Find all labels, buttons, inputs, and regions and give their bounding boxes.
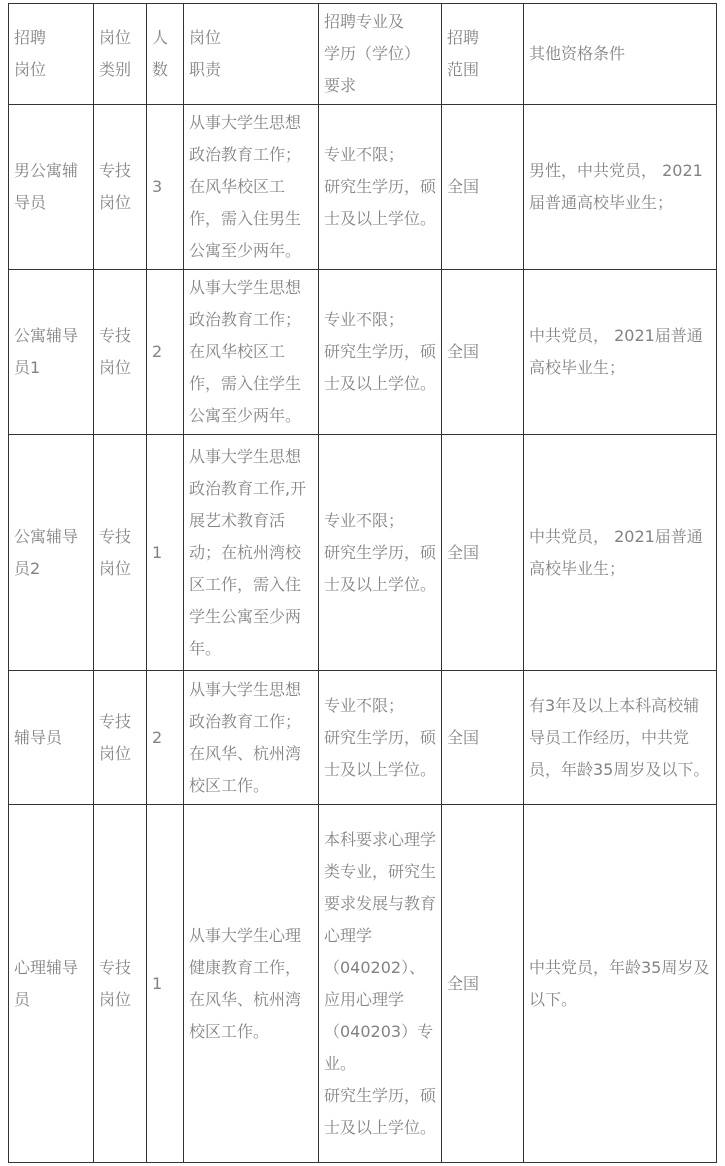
cell-category: 专技岗位	[94, 270, 147, 435]
cell-category: 专技岗位	[94, 805, 147, 1163]
cell-other: 有3年及以上本科高校辅导员工作经历，中共党员，年龄35周岁及以下。	[524, 671, 717, 805]
cell-duty: 从事大学生思想政治教育工作,开展艺术教育活动；在杭州湾校区工作，需入住学生公寓至…	[184, 435, 319, 671]
cell-requirement: 专业不限； 研究生学历，硕士及以上学位。	[319, 270, 442, 435]
cell-scope: 全国	[442, 805, 524, 1163]
cell-other: 中共党员， 2021届普通高校毕业生；	[524, 270, 717, 435]
recruitment-table: 招聘 岗位 岗位 类别 人数 岗位 职责 招聘专业及 学历（学位） 要求 招聘 …	[8, 3, 717, 1163]
cell-scope: 全国	[442, 435, 524, 671]
cell-other: 男性，中共党员， 2021届普通高校毕业生；	[524, 105, 717, 270]
cell-post: 男公寓辅导员	[9, 105, 94, 270]
table-row: 公寓辅导员2 专技岗位 1 从事大学生思想政治教育工作,开展艺术教育活动；在杭州…	[9, 435, 717, 671]
cell-requirement: 本科要求心理学类专业，研究生要求发展与教育心理学（040202）、应用心理学（0…	[319, 805, 442, 1163]
cell-category: 专技岗位	[94, 105, 147, 270]
cell-count: 2	[147, 671, 184, 805]
col-header-other: 其他资格条件	[524, 4, 717, 105]
cell-requirement: 专业不限； 研究生学历，硕士及以上学位。	[319, 671, 442, 805]
cell-other: 中共党员， 2021届普通高校毕业生；	[524, 435, 717, 671]
table-header: 招聘 岗位 岗位 类别 人数 岗位 职责 招聘专业及 学历（学位） 要求 招聘 …	[9, 4, 717, 105]
cell-post: 辅导员	[9, 671, 94, 805]
table-row: 辅导员 专技岗位 2 从事大学生思想政治教育工作；在风华、杭州湾校区工作。 专业…	[9, 671, 717, 805]
cell-duty: 从事大学生思想政治教育工作；在风华、杭州湾校区工作。	[184, 671, 319, 805]
cell-post: 心理辅导员	[9, 805, 94, 1163]
cell-count: 1	[147, 435, 184, 671]
col-header-scope: 招聘 范围	[442, 4, 524, 105]
cell-scope: 全国	[442, 270, 524, 435]
cell-count: 2	[147, 270, 184, 435]
header-row: 招聘 岗位 岗位 类别 人数 岗位 职责 招聘专业及 学历（学位） 要求 招聘 …	[9, 4, 717, 105]
col-header-count: 人数	[147, 4, 184, 105]
cell-requirement: 专业不限； 研究生学历，硕士及以上学位。	[319, 105, 442, 270]
cell-duty: 从事大学生思想政治教育工作；在风华校区工作，需入住学生公寓至少两年。	[184, 270, 319, 435]
cell-scope: 全国	[442, 671, 524, 805]
cell-duty: 从事大学生心理健康教育工作，在风华、杭州湾校区工作。	[184, 805, 319, 1163]
cell-post: 公寓辅导员2	[9, 435, 94, 671]
table-row: 心理辅导员 专技岗位 1 从事大学生心理健康教育工作，在风华、杭州湾校区工作。 …	[9, 805, 717, 1163]
col-header-duty: 岗位 职责	[184, 4, 319, 105]
col-header-post: 招聘 岗位	[9, 4, 94, 105]
table-body: 男公寓辅导员 专技岗位 3 从事大学生思想政治教育工作；在风华校区工作，需入住男…	[9, 105, 717, 1163]
page: 招聘 岗位 岗位 类别 人数 岗位 职责 招聘专业及 学历（学位） 要求 招聘 …	[0, 3, 725, 1166]
cell-category: 专技岗位	[94, 671, 147, 805]
col-header-requirement: 招聘专业及 学历（学位） 要求	[319, 4, 442, 105]
cell-count: 3	[147, 105, 184, 270]
table-row: 男公寓辅导员 专技岗位 3 从事大学生思想政治教育工作；在风华校区工作，需入住男…	[9, 105, 717, 270]
table-row: 公寓辅导员1 专技岗位 2 从事大学生思想政治教育工作；在风华校区工作，需入住学…	[9, 270, 717, 435]
cell-requirement: 专业不限； 研究生学历，硕士及以上学位。	[319, 435, 442, 671]
cell-category: 专技岗位	[94, 435, 147, 671]
cell-other: 中共党员，年龄35周岁及以下。	[524, 805, 717, 1163]
cell-scope: 全国	[442, 105, 524, 270]
cell-count: 1	[147, 805, 184, 1163]
cell-duty: 从事大学生思想政治教育工作；在风华校区工作，需入住男生公寓至少两年。	[184, 105, 319, 270]
col-header-category: 岗位 类别	[94, 4, 147, 105]
cell-post: 公寓辅导员1	[9, 270, 94, 435]
